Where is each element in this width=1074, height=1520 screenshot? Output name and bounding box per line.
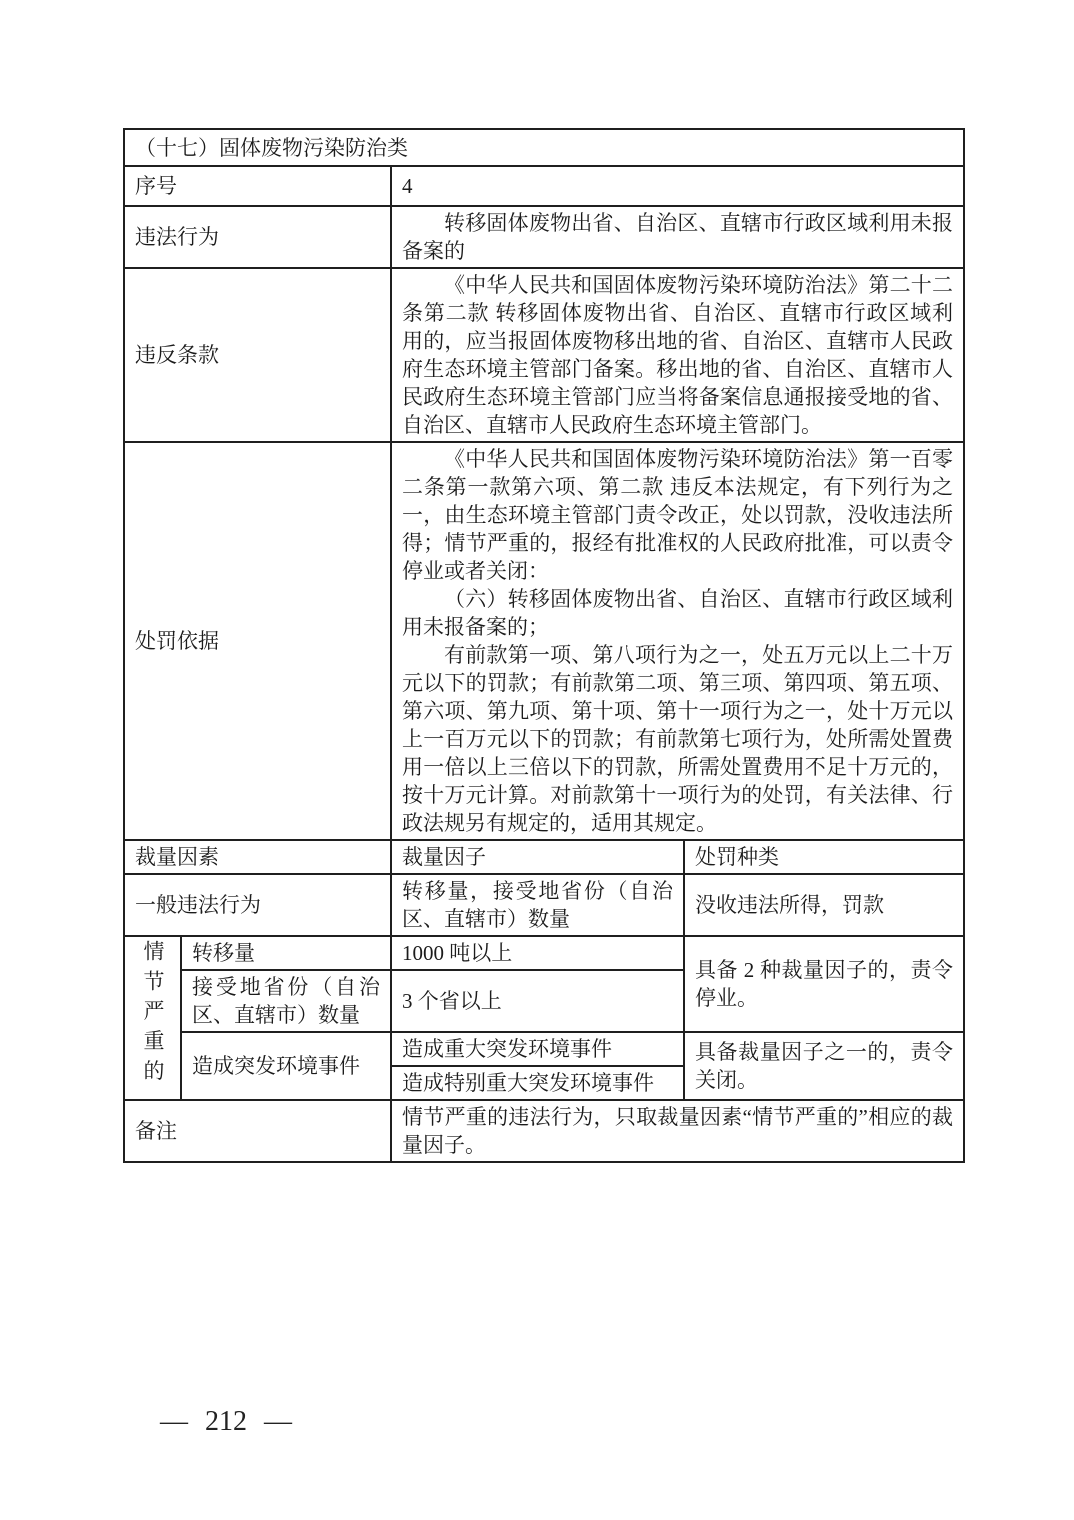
discretion-subfactor-header-cell: 裁量因子 xyxy=(391,840,684,874)
severe-factor-transfer: 转移量 xyxy=(192,941,255,965)
severe-penalty-two-cell: 具备 2 种裁量因子的，责令停业。 xyxy=(684,936,964,1032)
severe-factor-event-cell: 造成突发环境事件 xyxy=(181,1032,391,1100)
violation-text: 转移固体废物出省、自治区、直辖市行政区域利用未报备案的 xyxy=(402,209,953,265)
page-number: — 212 — xyxy=(160,1406,292,1438)
general-penalty-text: 没收违法所得，罚款 xyxy=(695,891,953,919)
severe-label: 情节严重的 xyxy=(142,940,163,1089)
remark-label-cell: 备注 xyxy=(124,1100,391,1162)
serial-value: 4 xyxy=(402,174,413,198)
general-label-cell: 一般违法行为 xyxy=(124,874,391,936)
penalty-basis-text-cell: 《中华人民共和国固体废物污染环境防治法》第一百零二条第一款第六项、第二款 违反本… xyxy=(391,442,964,840)
discretion-factor-header: 裁量因素 xyxy=(135,845,219,869)
document-page: （十七）固体废物污染防治类 序号 4 违法行为 转移固体废物出省、自治区、直辖市… xyxy=(0,0,1074,1520)
penalty-table: （十七）固体废物污染防治类 序号 4 违法行为 转移固体废物出省、自治区、直辖市… xyxy=(123,128,965,1163)
penalty-type-header: 处罚种类 xyxy=(695,845,779,869)
general-label: 一般违法行为 xyxy=(135,893,261,917)
discretion-factor-header-cell: 裁量因素 xyxy=(124,840,391,874)
severe-label-cell: 情节严重的 xyxy=(124,936,181,1100)
clause-text-cell: 《中华人民共和国固体废物污染环境防治法》第二十二条第二款 转移固体废物出省、自治… xyxy=(391,268,964,442)
serial-label: 序号 xyxy=(135,174,177,198)
serial-value-cell: 4 xyxy=(391,166,964,206)
penalty-type-header-cell: 处罚种类 xyxy=(684,840,964,874)
severe-value-province: 3 个省以上 xyxy=(402,989,502,1013)
severe-value-transfer-cell: 1000 吨以上 xyxy=(391,936,684,970)
clause-label-cell: 违反条款 xyxy=(124,268,391,442)
severe-value-transfer: 1000 吨以上 xyxy=(402,941,512,965)
violation-label-cell: 违法行为 xyxy=(124,206,391,268)
category-header-text: （十七）固体废物污染防治类 xyxy=(135,134,953,162)
severe-factor-event: 造成突发环境事件 xyxy=(192,1054,360,1078)
severe-value-extreme-event-cell: 造成特别重大突发环境事件 xyxy=(391,1066,684,1100)
remark-text-cell: 情节严重的违法行为，只取裁量因素“情节严重的”相应的裁量因子。 xyxy=(391,1100,964,1162)
severe-factor-province-cell: 接受地省份（自治区、直辖市）数量 xyxy=(181,970,391,1032)
severe-penalty-one-text: 具备裁量因子之一的，责令关闭。 xyxy=(695,1038,953,1094)
severe-value-extreme-event: 造成特别重大突发环境事件 xyxy=(402,1071,654,1095)
severe-value-major-event: 造成重大突发环境事件 xyxy=(402,1037,612,1061)
severe-value-province-cell: 3 个省以上 xyxy=(391,970,684,1032)
clause-text: 《中华人民共和国固体废物污染环境防治法》第二十二条第二款 转移固体废物出省、自治… xyxy=(402,271,953,439)
serial-label-cell: 序号 xyxy=(124,166,391,206)
penalty-basis-paragraph-1: 《中华人民共和国固体废物污染环境防治法》第一百零二条第一款第六项、第二款 违反本… xyxy=(402,445,953,585)
severe-penalty-one-cell: 具备裁量因子之一的，责令关闭。 xyxy=(684,1032,964,1100)
discretion-subfactor-header: 裁量因子 xyxy=(402,845,486,869)
penalty-basis-paragraph-3: 有前款第一项、第八项行为之一，处五万元以上二十万元以下的罚款；有前款第二项、第三… xyxy=(402,641,953,837)
penalty-basis-label-cell: 处罚依据 xyxy=(124,442,391,840)
remark-text: 情节严重的违法行为，只取裁量因素“情节严重的”相应的裁量因子。 xyxy=(402,1103,953,1159)
violation-text-cell: 转移固体废物出省、自治区、直辖市行政区域利用未报备案的 xyxy=(391,206,964,268)
general-factor-cell: 转移量，接受地省份（自治区、直辖市）数量 xyxy=(391,874,684,936)
penalty-basis-label: 处罚依据 xyxy=(135,629,219,653)
clause-label: 违反条款 xyxy=(135,343,219,367)
severe-value-major-event-cell: 造成重大突发环境事件 xyxy=(391,1032,684,1066)
category-header-cell: （十七）固体废物污染防治类 xyxy=(124,129,964,166)
general-factor-text: 转移量，接受地省份（自治区、直辖市）数量 xyxy=(402,877,673,933)
violation-label: 违法行为 xyxy=(135,225,219,249)
penalty-basis-paragraph-2: （六）转移固体废物出省、自治区、直辖市行政区域利用未报备案的； xyxy=(402,585,953,641)
remark-label: 备注 xyxy=(135,1119,177,1143)
severe-factor-province: 接受地省份（自治区、直辖市）数量 xyxy=(192,973,380,1029)
severe-factor-transfer-cell: 转移量 xyxy=(181,936,391,970)
general-penalty-cell: 没收违法所得，罚款 xyxy=(684,874,964,936)
severe-penalty-two-text: 具备 2 种裁量因子的，责令停业。 xyxy=(695,956,953,1012)
